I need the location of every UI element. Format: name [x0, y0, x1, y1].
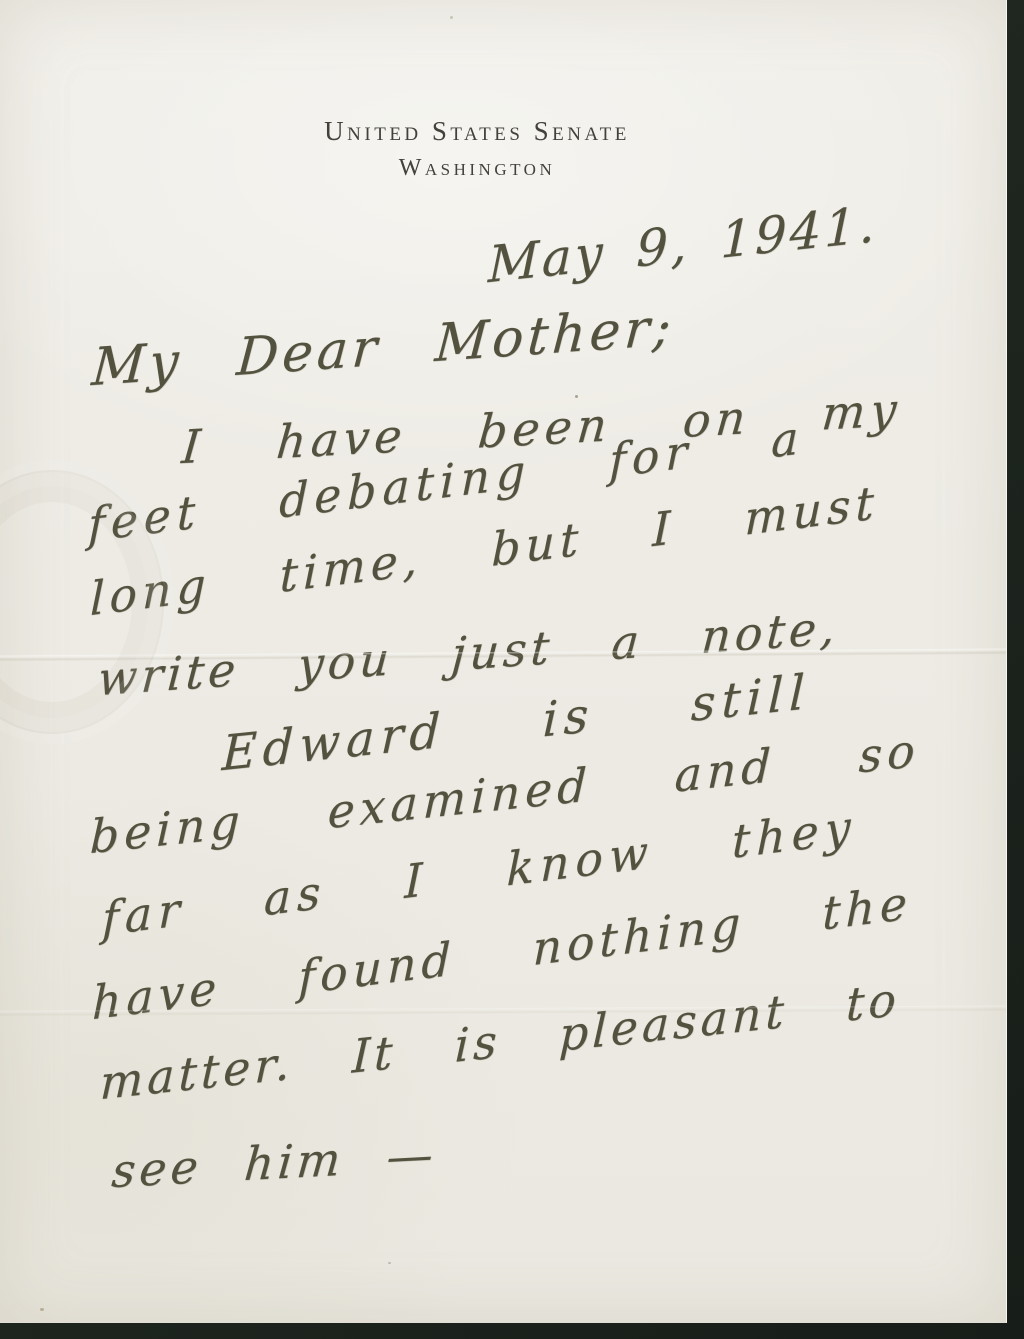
scan-backdrop: United States Senate Washington May 9, 1…	[0, 0, 1024, 1339]
handwritten-date: May 9, 1941.	[487, 195, 878, 294]
letterhead-line-2: Washington	[0, 156, 980, 180]
paper-speck	[450, 16, 453, 19]
handwriting-line: see him —	[110, 1127, 440, 1198]
letter-paper: United States Senate Washington May 9, 1…	[0, 0, 1007, 1323]
letterhead-line-1: United States Senate	[0, 118, 980, 145]
paper-speck	[40, 1308, 44, 1311]
paper-speck	[575, 395, 578, 398]
letterhead: United States Senate Washington	[0, 118, 980, 180]
salutation-line: My Dear Mother;	[90, 297, 677, 398]
paper-speck	[388, 1262, 391, 1264]
